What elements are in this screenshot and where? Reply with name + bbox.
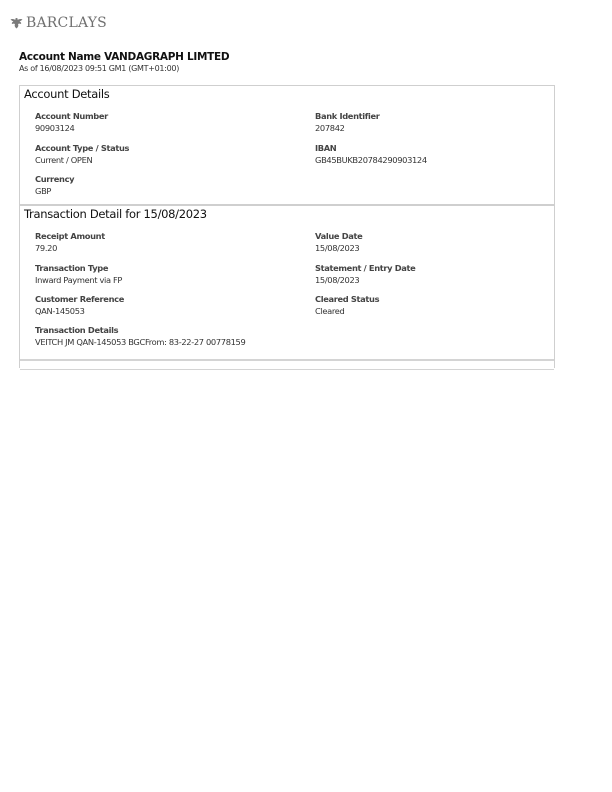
account-details-section: Account Details Account Number 90903124 … bbox=[20, 86, 554, 206]
customer-reference-label: Customer Reference bbox=[35, 293, 124, 305]
brand-name: BARCLAYS bbox=[26, 15, 107, 31]
page-header: Account Name VANDAGRAPH LIMTED As of 16/… bbox=[19, 51, 229, 73]
transaction-type-value: Inward Payment via FP bbox=[35, 274, 122, 286]
statement-entry-date-value: 15/08/2023 bbox=[315, 274, 415, 286]
bank-identifier-value: 207842 bbox=[315, 122, 380, 134]
statement-entry-date-label: Statement / Entry Date bbox=[315, 262, 415, 274]
value-date-field: Value Date 15/08/2023 bbox=[315, 230, 362, 254]
transaction-details-label: Transaction Details bbox=[35, 324, 245, 336]
value-date-label: Value Date bbox=[315, 230, 362, 242]
account-number-value: 90903124 bbox=[35, 122, 108, 134]
cleared-status-value: Cleared bbox=[315, 305, 379, 317]
account-type-status-label: Account Type / Status bbox=[35, 142, 129, 154]
value-date-value: 15/08/2023 bbox=[315, 242, 362, 254]
as-of-timestamp: As of 16/08/2023 09:51 GM1 (GMT+01:00) bbox=[19, 64, 229, 73]
currency-label: Currency bbox=[35, 173, 74, 185]
customer-reference-field: Customer Reference QAN-145053 bbox=[35, 293, 124, 317]
iban-label: IBAN bbox=[315, 142, 427, 154]
account-number-field: Account Number 90903124 bbox=[35, 110, 108, 134]
currency-value: GBP bbox=[35, 185, 74, 197]
receipt-amount-field: Receipt Amount 79.20 bbox=[35, 230, 105, 254]
transaction-details-value: VEITCH JM QAN-145053 BGCFrom: 83-22-27 0… bbox=[35, 336, 245, 348]
transaction-detail-title: Transaction Detail for 15/08/2023 bbox=[24, 207, 207, 221]
statement-entry-date-field: Statement / Entry Date 15/08/2023 bbox=[315, 262, 415, 286]
transaction-type-field: Transaction Type Inward Payment via FP bbox=[35, 262, 122, 286]
bank-identifier-label: Bank Identifier bbox=[315, 110, 380, 122]
bank-identifier-field: Bank Identifier 207842 bbox=[315, 110, 380, 134]
receipt-amount-value: 79.20 bbox=[35, 242, 105, 254]
receipt-amount-label: Receipt Amount bbox=[35, 230, 105, 242]
currency-field: Currency GBP bbox=[35, 173, 74, 197]
cleared-status-field: Cleared Status Cleared bbox=[315, 293, 379, 317]
cleared-status-label: Cleared Status bbox=[315, 293, 379, 305]
account-type-status-field: Account Type / Status Current / OPEN bbox=[35, 142, 129, 166]
transaction-detail-section: Transaction Detail for 15/08/2023 Receip… bbox=[20, 206, 554, 361]
panel-footer-divider bbox=[20, 361, 554, 370]
account-number-label: Account Number bbox=[35, 110, 108, 122]
customer-reference-value: QAN-145053 bbox=[35, 305, 124, 317]
statement-panel: Account Details Account Number 90903124 … bbox=[19, 85, 555, 368]
iban-value: GB45BUKB20784290903124 bbox=[315, 154, 427, 166]
transaction-type-label: Transaction Type bbox=[35, 262, 122, 274]
barclays-logo: BARCLAYS bbox=[10, 15, 107, 31]
account-details-title: Account Details bbox=[24, 87, 109, 101]
account-type-status-value: Current / OPEN bbox=[35, 154, 129, 166]
account-name-title: Account Name VANDAGRAPH LIMTED bbox=[19, 51, 229, 63]
eagle-icon bbox=[10, 17, 23, 29]
transaction-details-field: Transaction Details VEITCH JM QAN-145053… bbox=[35, 324, 245, 348]
iban-field: IBAN GB45BUKB20784290903124 bbox=[315, 142, 427, 166]
